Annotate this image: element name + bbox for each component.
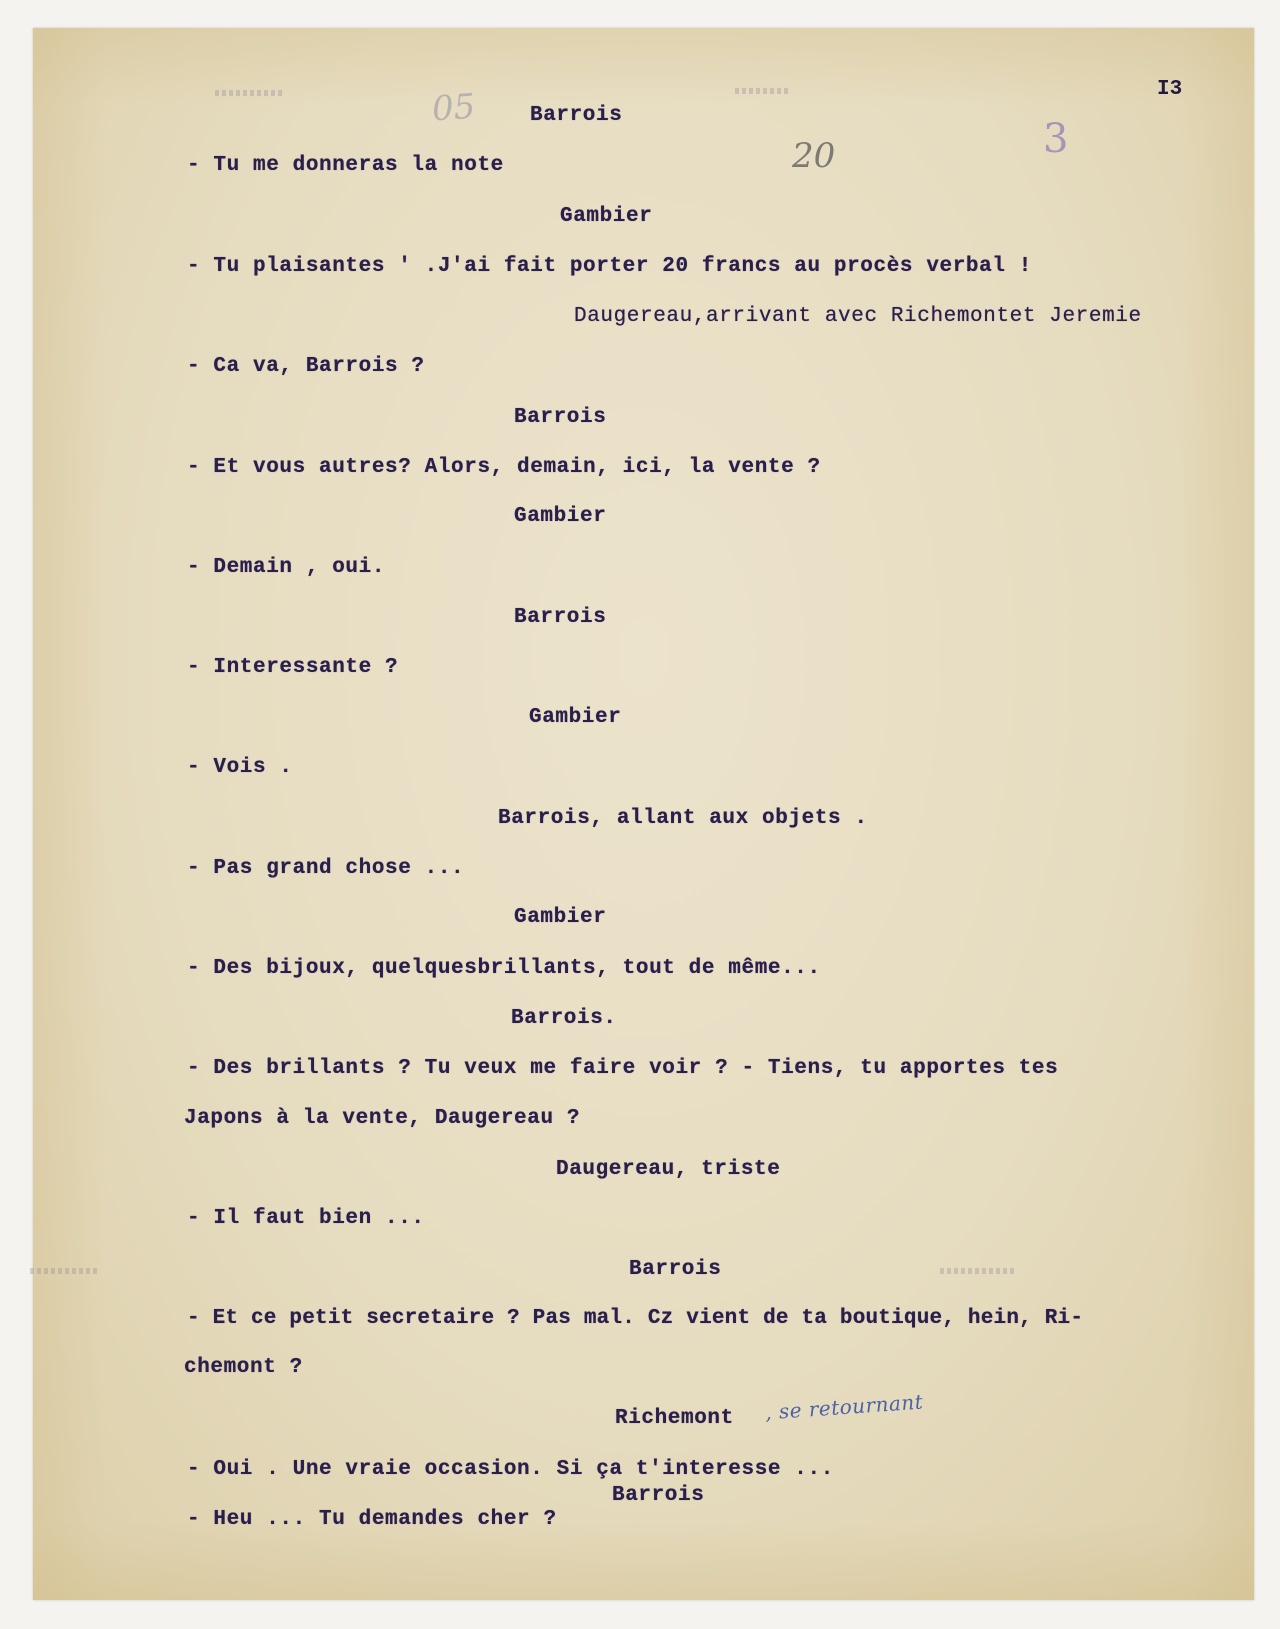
speaker-cue: Gambier [514,505,606,529]
dialogue-line: - Ca va, Barrois ? [187,355,425,379]
speaker-cue: Barrois [530,104,622,128]
dialogue-line: Japons à la vente, Daugereau ? [184,1107,580,1131]
dialogue-line: - Il faut bien ... [187,1207,425,1231]
dialogue-line: - Pas grand chose ... [187,857,464,881]
faint-mark [735,88,790,94]
dialogue-line: - Des bijoux, quelquesbrillants, tout de… [187,957,821,981]
dialogue-line: - Interessante ? [187,656,398,680]
speaker-cue: Gambier [514,906,606,930]
speaker-cue: Barrois [514,606,606,630]
dialogue-line: - Tu me donneras la note [187,154,504,178]
faint-mark [940,1268,1015,1274]
speaker-cue: Barrois [514,406,606,430]
page-number: I3 [1157,78,1182,101]
dialogue-line: - Et ce petit secretaire ? Pas mal. Cz v… [187,1307,1083,1331]
speaker-cue: Barrois [629,1258,721,1282]
speaker-cue: Gambier [560,205,652,229]
dialogue-line: - Tu plaisantes ' .J'ai fait porter 20 f… [187,255,1032,279]
speaker-cue: Barrois [612,1484,704,1508]
dialogue-line: - Des brillants ? Tu veux me faire voir … [187,1057,1058,1081]
stage-direction: Barrois, allant aux objets . [498,807,868,831]
pencil-mark-faded: 05 [431,87,477,130]
dialogue-line: - Demain , oui. [187,556,385,580]
dialogue-line: - Oui . Une vraie occasion. Si ça t'inte… [187,1458,834,1482]
dialogue-line: - Et vous autres? Alors, demain, ici, la… [187,456,821,480]
stage-direction: Daugereau,arrivant avec Richemontet Jere… [574,305,1142,329]
pencil-folio-number: 20 [792,136,835,176]
dialogue-line: - Vois . [187,756,293,780]
speaker-cue: Barrois. [511,1007,617,1031]
faint-mark [215,90,285,96]
speaker-cue: Gambier [529,706,621,730]
stage-direction: Daugereau, triste [556,1158,780,1182]
violet-pencil-mark: 3 [1043,116,1068,162]
speaker-cue: Richemont [615,1407,734,1431]
dialogue-line: - Heu ... Tu demandes cher ? [187,1508,557,1532]
dialogue-line: chemont ? [184,1356,303,1380]
faint-mark [30,1268,100,1274]
